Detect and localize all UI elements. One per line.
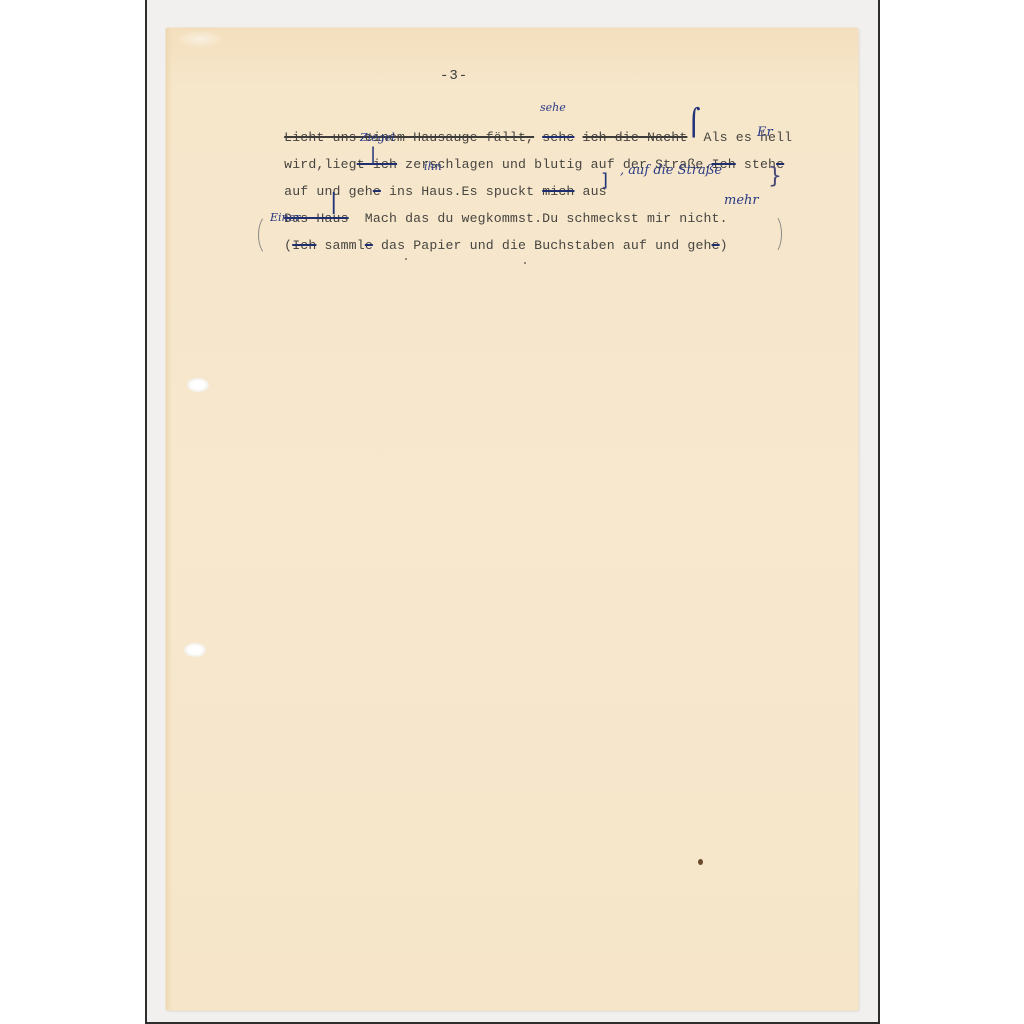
pencil-parenthesis-left bbox=[258, 214, 280, 256]
handwritten-insertion: , auf die Straße bbox=[620, 163, 722, 178]
paper-crease bbox=[175, 30, 225, 48]
struck-text: Ich bbox=[292, 238, 316, 253]
insertion-mark: ⌠ bbox=[687, 110, 701, 136]
typed-line-3: auf und gehe ins Haus.Es spuckt mich aus bbox=[268, 169, 607, 199]
text-segment: ( bbox=[284, 238, 292, 253]
typed-line-1: Licht uns einem Hausauge fällt, sehe ich… bbox=[268, 115, 792, 145]
speck bbox=[524, 262, 526, 264]
punch-hole bbox=[187, 378, 209, 392]
handwritten-insertion: ihn bbox=[424, 160, 442, 173]
text-segment: samml bbox=[316, 238, 364, 253]
ink-spot bbox=[698, 859, 703, 865]
insertion-mark: | bbox=[370, 146, 376, 164]
handwritten-insertion: mehr bbox=[724, 193, 759, 208]
bracket-mark: ] bbox=[601, 172, 608, 190]
bracket-mark: } bbox=[768, 166, 782, 188]
text-segment: das Papier und die Buchstaben auf und ge… bbox=[373, 238, 712, 253]
struck-text: e bbox=[712, 238, 720, 253]
struck-text: e bbox=[365, 238, 373, 253]
text-segment: ) bbox=[720, 238, 728, 253]
handwritten-insertion: sehe bbox=[540, 101, 566, 114]
handwritten-insertion: Er bbox=[757, 125, 773, 140]
pencil-parenthesis-right bbox=[764, 214, 782, 254]
typed-line-5: (Ich sammle das Papier und die Buchstabe… bbox=[268, 223, 728, 253]
punch-hole bbox=[184, 643, 206, 657]
speck bbox=[405, 258, 407, 260]
page-number: -3- bbox=[440, 68, 468, 84]
handwritten-insertion: Ziegel bbox=[360, 131, 395, 144]
insertion-mark: | bbox=[330, 192, 337, 214]
